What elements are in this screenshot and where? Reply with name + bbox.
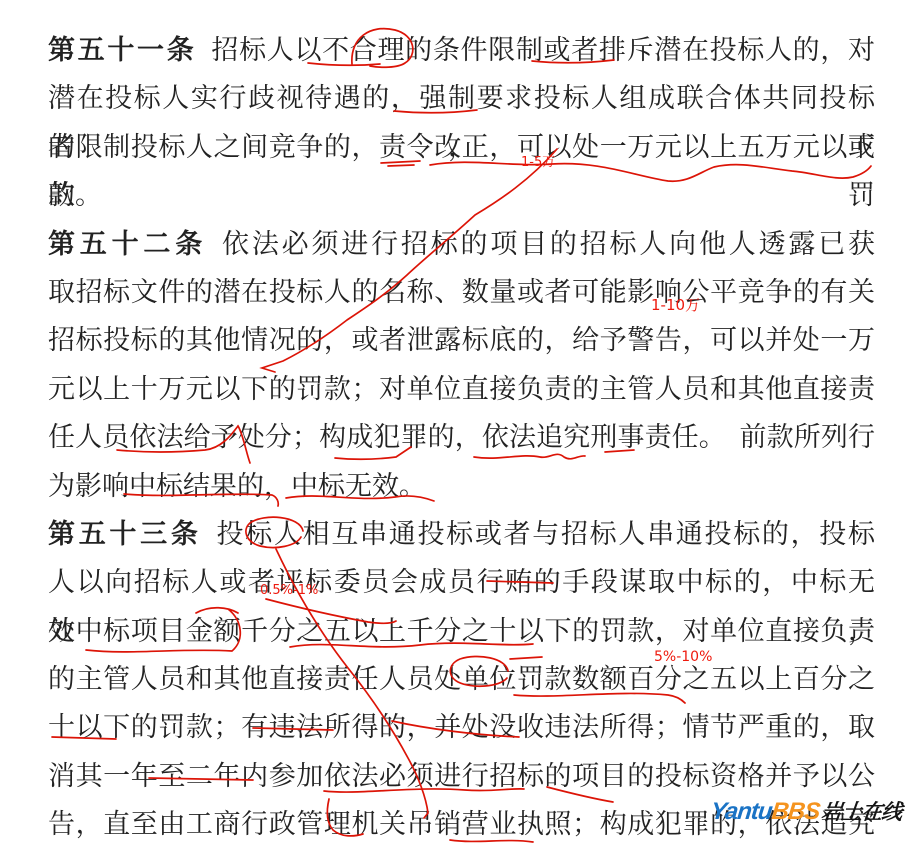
text-line: 为影响中标结果的，中标无效。 xyxy=(48,462,875,510)
text-line: 第五十一条招标人以不合理的条件限制或者排斥潜在投标人的，对 xyxy=(48,26,875,74)
watermark-bbs: BBS xyxy=(770,798,821,825)
article-number-52: 第五十二条 xyxy=(48,229,207,259)
line-text: 款。 xyxy=(48,180,102,210)
text-line: 招标投标的其他情况的，或者泄露标底的，给予警告，可以并处一万 xyxy=(48,316,875,364)
watermark-yantu: Yantu xyxy=(710,798,774,825)
text-line: 潜在投标人实行歧视待遇的，强制要求投标人组成联合体共同投标的，或 xyxy=(48,74,875,122)
line-text: 招标投标的其他情况的，或者泄露标底的，给予警告，可以并处一万 xyxy=(48,325,875,355)
line-text: 任人员依法给予处分；构成犯罪的，依法追究刑事责任。 前款所列行 xyxy=(48,422,875,452)
text-line: 人以向招标人或者评标委员会成员行贿的手段谋取中标的，中标无效， xyxy=(48,558,875,606)
text-line: 的主管人员和其他直接责任人员处单位罚款数额百分之五以上百分之 xyxy=(48,655,875,703)
text-line: 任人员依法给予处分；构成犯罪的，依法追究刑事责任。 前款所列行 xyxy=(48,413,875,461)
article-number-51: 第五十一条 xyxy=(48,35,196,65)
line-text: 为影响中标结果的，中标无效。 xyxy=(48,471,426,501)
line-text: 处中标项目金额千分之五以上千分之十以下的罚款，对单位直接负责 xyxy=(48,616,875,646)
text-line: 处中标项目金额千分之五以上千分之十以下的罚款，对单位直接负责 xyxy=(48,607,875,655)
line-text: 依法必须进行招标的项目的招标人向他人透露已获 xyxy=(222,229,875,259)
text-line: 十以下的罚款；有违法所得的，并处没收违法所得；情节严重的，取 xyxy=(48,703,875,751)
line-text: 元以上十万元以下的罚款；对单位直接负责的主管人员和其他直接责 xyxy=(48,374,875,404)
law-text-block: 第五十一条招标人以不合理的条件限制或者排斥潜在投标人的，对 潜在投标人实行歧视待… xyxy=(48,26,875,843)
text-line: 者限制投标人之间竞争的，责令改正，可以处一万元以上五万元以下的罚 xyxy=(48,123,875,171)
line-text: 招标人以不合理的条件限制或者排斥潜在投标人的，对 xyxy=(211,35,875,65)
text-line: 元以上十万元以下的罚款；对单位直接负责的主管人员和其他直接责 xyxy=(48,365,875,413)
article-number-53: 第五十三条 xyxy=(48,519,202,549)
yantubbs-watermark: YantuBBS岩土在线 xyxy=(709,796,903,826)
line-text: 消其一年至二年内参加依法必须进行招标的项目的投标资格并予以公 xyxy=(48,761,875,791)
line-text: 者限制投标人之间竞争的，责令改正，可以处一万元以上五万元以下的罚 xyxy=(48,132,875,210)
line-text: 投标人相互串通投标或者与招标人串通投标的，投标 xyxy=(217,519,875,549)
text-line: 消其一年至二年内参加依法必须进行招标的项目的投标资格并予以公 xyxy=(48,752,875,800)
watermark-yantuzaixian: 岩土在线 xyxy=(820,801,902,824)
line-text: 的主管人员和其他直接责任人员处单位罚款数额百分之五以上百分之 xyxy=(48,664,875,694)
line-text: 取招标文件的潜在投标人的名称、数量或者可能影响公平竞争的有关 xyxy=(48,277,875,307)
text-line: 取招标文件的潜在投标人的名称、数量或者可能影响公平竞争的有关 xyxy=(48,268,875,316)
text-line: 第五十三条投标人相互串通投标或者与招标人串通投标的，投标 xyxy=(48,510,875,558)
text-line: 第五十二条依法必须进行招标的项目的招标人向他人透露已获 xyxy=(48,220,875,268)
document-page: 第五十一条招标人以不合理的条件限制或者排斥潜在投标人的，对 潜在投标人实行歧视待… xyxy=(0,0,910,843)
line-text: 十以下的罚款；有违法所得的，并处没收违法所得；情节严重的，取 xyxy=(48,712,875,742)
